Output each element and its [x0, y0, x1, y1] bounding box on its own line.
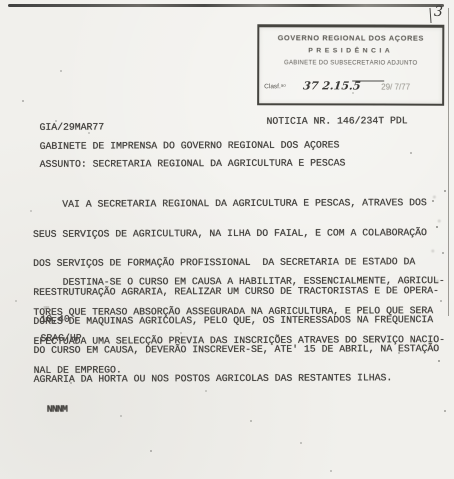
body-line: NAL DE EMPREGO. — [34, 364, 446, 375]
received-date-stamp: 29/ 7/77 — [381, 83, 410, 92]
body-line: DESTINA-SE O CURSO EM CAUSA A HABILITAR,… — [33, 276, 445, 287]
time-note: 10,40 — [40, 315, 69, 325]
stamp-office-line: GABINETE DO SUBSECRETÁRIO ADJUNTO — [259, 60, 442, 66]
notice-number: NOTICIA NR. 146/234T PDL — [266, 116, 407, 126]
subject-line: ASSUNTO: SECRETARIA REGIONAL DA AGRICULT… — [40, 158, 346, 169]
classification-label: Clasf.ᵃᵒ — [264, 83, 286, 90]
stamp-dept-line: PRESIDÊNCIA — [259, 47, 442, 54]
body-paragraph-2: DESTINA-SE O CURSO EM CAUSA A HABILITAR,… — [33, 257, 445, 395]
body-line: TORES QUE TERASO ABSORÇÃO ASSEGURADA NA … — [33, 306, 445, 317]
telex-end-marker: NNNM — [47, 405, 67, 415]
body-line: VAI A SECRETARIA REGIONAL DA AGRICULTURA… — [33, 198, 439, 209]
initials-line: SRAG/HP — [40, 334, 81, 344]
stamp-org-line: GOVERNO REGIONAL DOS AÇORES — [259, 33, 442, 42]
end-marker: == — [43, 305, 48, 312]
issuing-office-line: GABINETE DE IMPRENSA DO GOVERNO REGIONAL… — [40, 141, 340, 152]
body-line: SEUS SERVIÇOS DE AGRICULTURA, NA ILHA DO… — [33, 228, 439, 239]
stamp-classification-row: Clasf.ᵃᵒ 37 2.15.5 29/ 7/77 — [259, 79, 442, 99]
document-content: GOVERNO REGIONAL DOS AÇORES PRESIDÊNCIA … — [0, 0, 454, 479]
scanned-document-page: 3 GOVERNO REGIONAL DOS AÇORES PRESIDÊNCI… — [0, 0, 454, 479]
reference-code: GIA/29MAR77 — [39, 123, 104, 133]
body-line: EFECTUADA UMA SELECÇÃO PREVIA DAS INSCRI… — [33, 335, 445, 346]
handwritten-overline — [352, 80, 384, 81]
receipt-stamp: GOVERNO REGIONAL DOS AÇORES PRESIDÊNCIA … — [257, 24, 444, 105]
